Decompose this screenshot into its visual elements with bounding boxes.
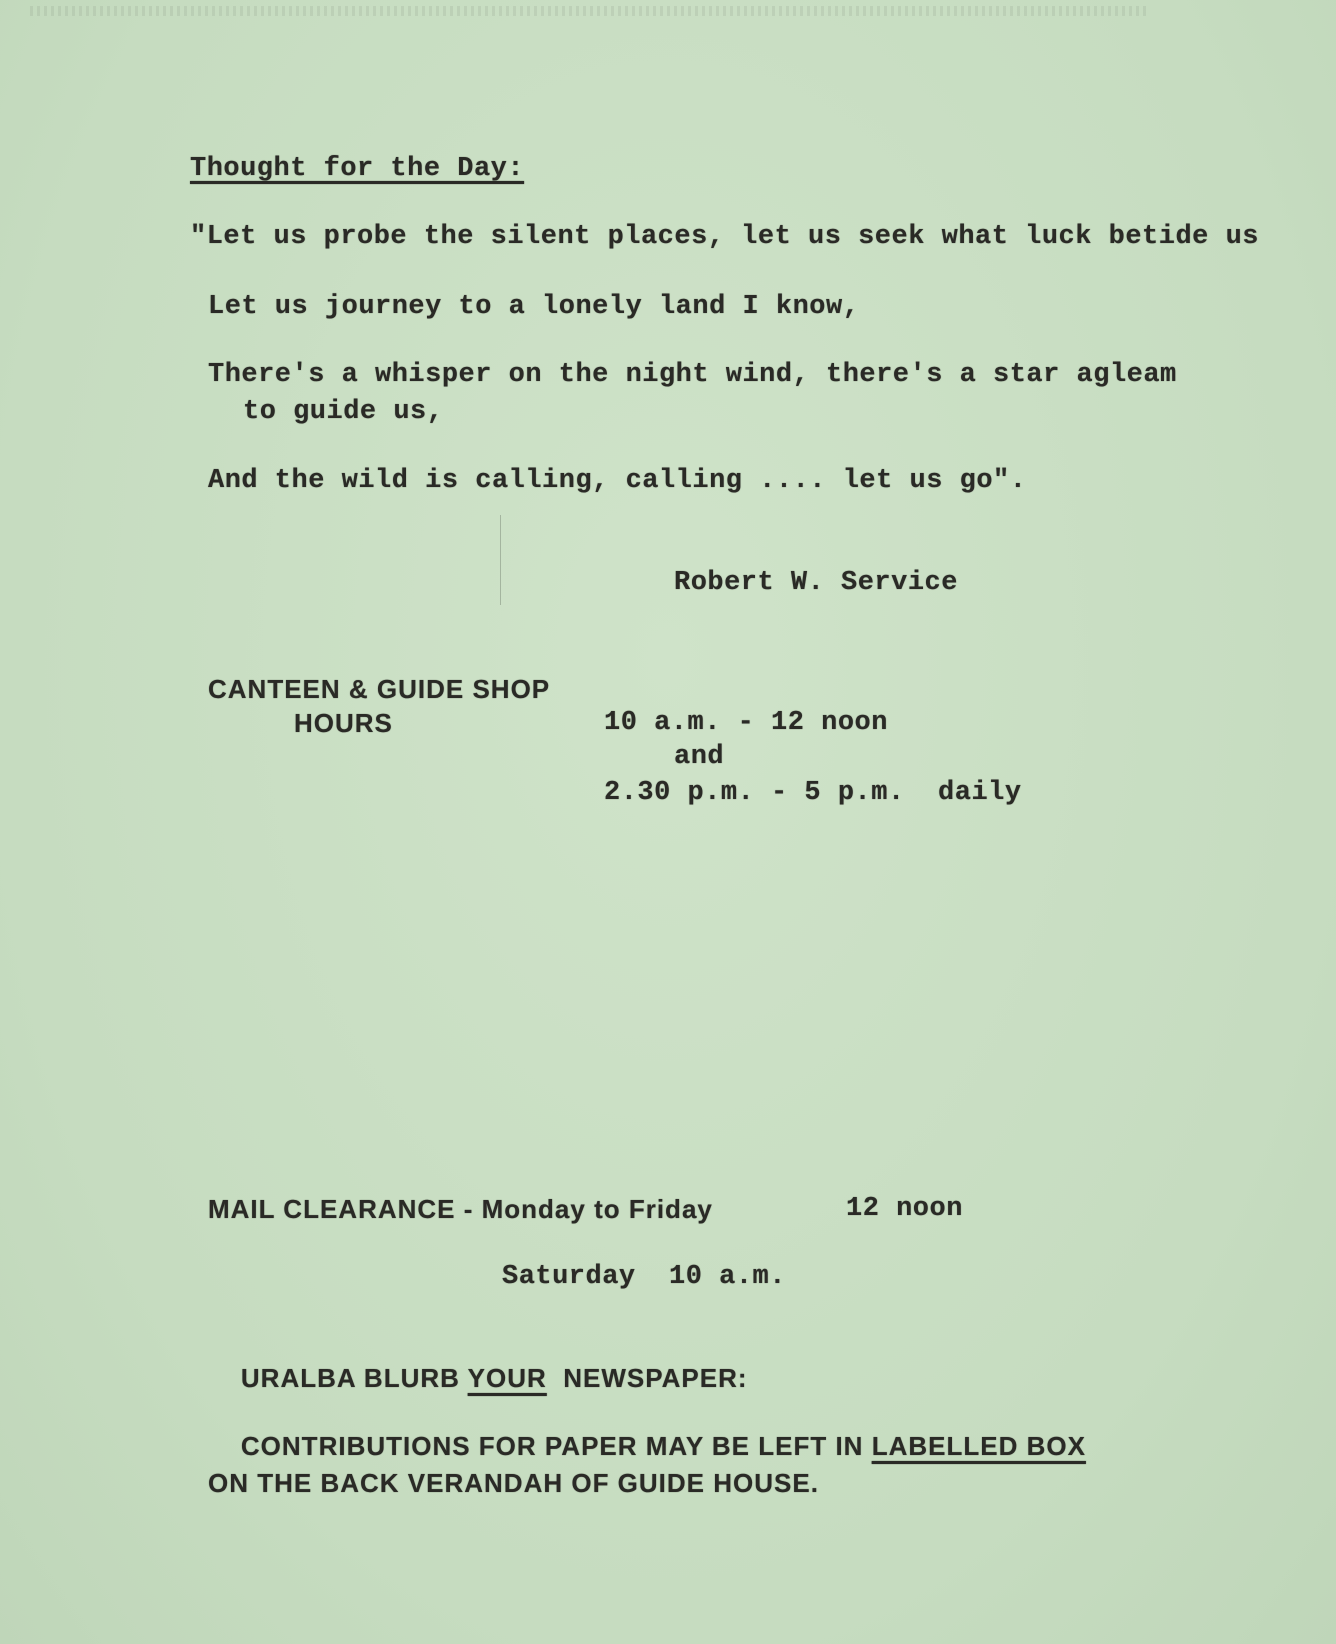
thought-heading: Thought for the Day: xyxy=(190,154,524,184)
scan-edge-artifact xyxy=(30,6,1150,16)
poem-line-3: There's a whisper on the night wind, the… xyxy=(208,360,1177,390)
typewritten-page: Thought for the Day: "Let us probe the s… xyxy=(0,0,1336,1644)
poem-attribution: Robert W. Service xyxy=(674,568,958,598)
fold-mark xyxy=(500,515,501,605)
mail-clearance-saturday: Saturday 10 a.m. xyxy=(502,1262,786,1292)
contributions-text: CONTRIBUTIONS FOR PAPER MAY BE LEFT IN xyxy=(241,1431,872,1461)
poem-line-4: And the wild is calling, calling .... le… xyxy=(208,466,1026,496)
newspaper-emphasis: YOUR xyxy=(468,1363,547,1393)
poem-line-2: Let us journey to a lonely land I know, xyxy=(208,292,859,322)
canteen-time-morning: 10 a.m. - 12 noon xyxy=(604,708,888,738)
mail-clearance-weekday-time: 12 noon xyxy=(846,1194,963,1224)
contributions-location: ON THE BACK VERANDAH OF GUIDE HOUSE. xyxy=(208,1468,819,1499)
canteen-time-joiner: and xyxy=(674,742,724,772)
canteen-time-afternoon: 2.30 p.m. - 5 p.m. daily xyxy=(604,778,1022,808)
mail-clearance-label: MAIL CLEARANCE - Monday to Friday xyxy=(208,1194,713,1225)
poem-line-3-continued: to guide us, xyxy=(243,397,443,427)
poem-line-1: "Let us probe the silent places, let us … xyxy=(190,222,1259,252)
canteen-title: CANTEEN & GUIDE SHOP xyxy=(208,674,550,705)
newspaper-prefix: URALBA BLURB xyxy=(241,1363,468,1393)
newspaper-suffix: NEWSPAPER: xyxy=(547,1363,748,1393)
canteen-hours-label: HOURS xyxy=(294,708,393,739)
labelled-box-emphasis: LABELLED BOX xyxy=(872,1431,1086,1461)
